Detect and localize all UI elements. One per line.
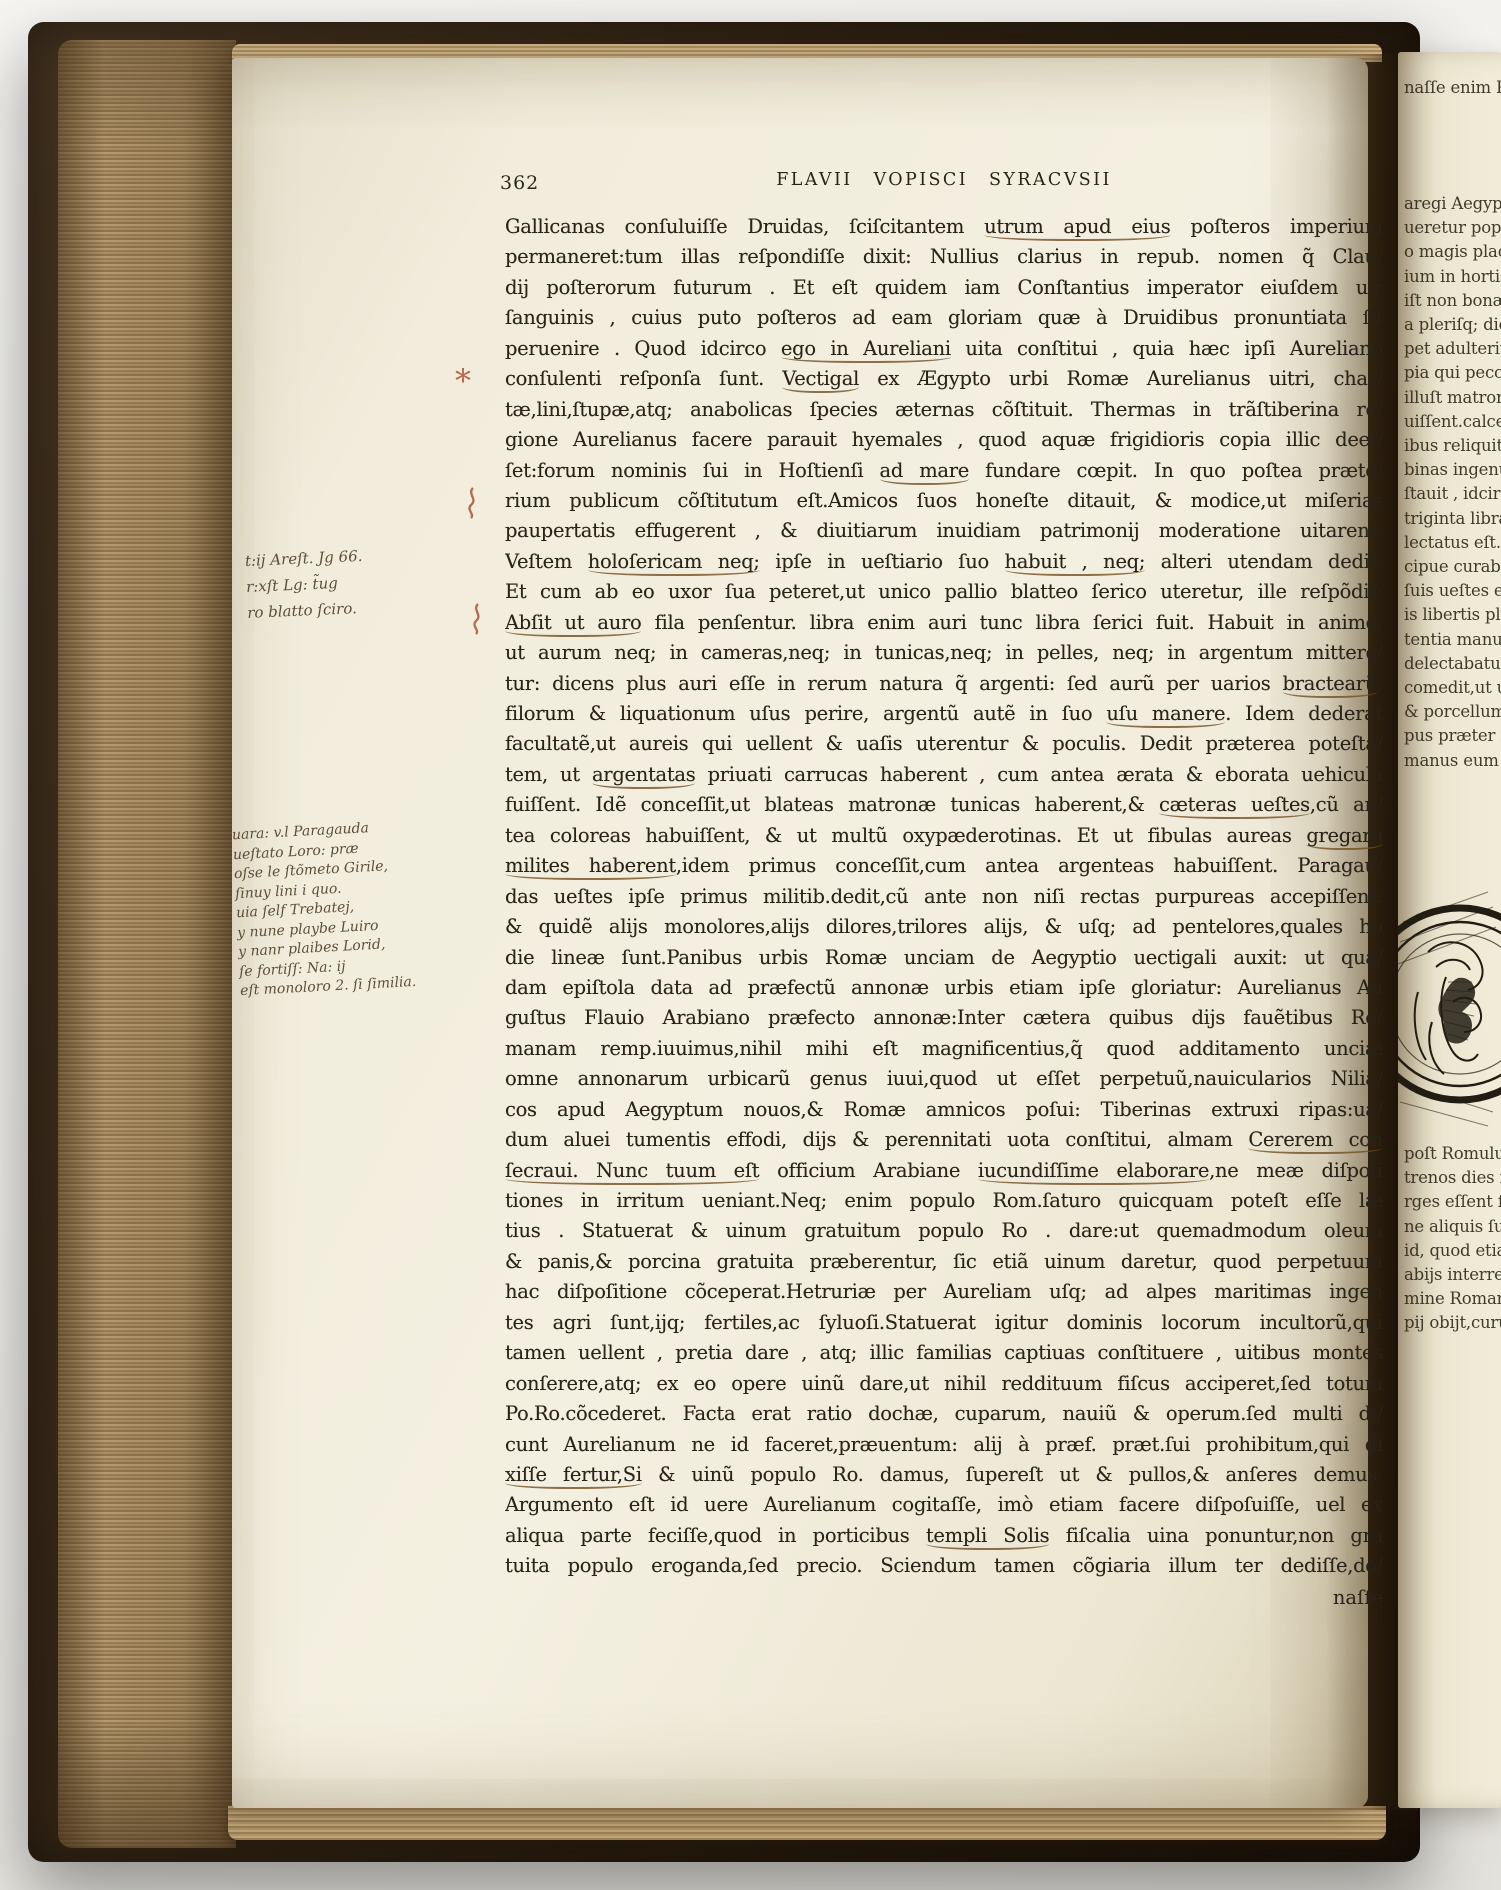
body-line: milites haberent,idem primus conceſſit,c… <box>505 851 1383 881</box>
right-page-line: ne aliquis ſub <box>1404 1215 1501 1239</box>
ink-underline: gregarij <box>1306 824 1383 850</box>
right-page-line: illuſt matronis uiq; <box>1404 386 1501 410</box>
body-line: conſulenti reſponſa ſunt. Vectigal ex Æg… <box>505 364 1383 394</box>
body-line: facultatẽ,ut aureis qui uellent & uaſis … <box>505 729 1383 759</box>
right-page-line: ſuis ueſtes eaſde in <box>1404 579 1501 603</box>
ink-underline: ego in Aureliani <box>781 337 951 363</box>
body-line: aliqua parte feciſſe,quod in porticibus … <box>505 1521 1383 1551</box>
body-line: filorum & liquationum uſus perire, argen… <box>505 699 1383 729</box>
right-page-line: cipue curabat.Vx <box>1404 555 1501 579</box>
right-page-line: id, quod etiam ſub <box>1404 1239 1501 1263</box>
body-line: Gallicanas conſuluiſſe Druidas, ſciſcita… <box>505 212 1383 242</box>
ink-underline: ſecraui. Nunc tuum eſt <box>505 1159 759 1185</box>
handwritten-marginal-note: uara: v.l Paragaudaueſtato Loro: præoſse… <box>232 814 479 1002</box>
body-line: ſecraui. Nunc tuum eſt officium Arabiane… <box>505 1156 1383 1186</box>
catchword: naſſe <box>505 1583 1383 1613</box>
ink-underline: holoſericam neq; <box>588 550 760 576</box>
right-page-opening-line: naſſe enim Po. R. <box>1404 76 1501 100</box>
body-line: peruenire . Quod idcirco ego in Aurelian… <box>505 334 1383 364</box>
running-title: FLAVII VOPISCI SYRACVSII <box>505 170 1383 190</box>
body-line: dum aluei tumentis effodi, dijs & perenn… <box>505 1125 1383 1155</box>
ink-underline: Abſit ut auro <box>505 611 641 637</box>
right-page-line: pij obijt,curules <box>1404 1311 1501 1335</box>
body-line: conſerere,atq; ex eo opere uinũ dare,ut … <box>505 1369 1383 1399</box>
body-line: & panis,& porcina gratuita præberentur, … <box>505 1247 1383 1277</box>
page-block-bottom-edge <box>228 1806 1386 1840</box>
body-line: guſtus Flauio Arabiano præfecto annonæ:I… <box>505 1003 1383 1033</box>
right-page-line: is libertis plurimũ <box>1404 603 1501 627</box>
right-page-line: triginta libras trãſij <box>1404 507 1501 531</box>
body-line: permaneret:tum illas reſpondiſſe dixit: … <box>505 242 1383 272</box>
right-page-line: iſt non bonæ uale <box>1404 289 1501 313</box>
body-line: hac diſpoſitione cõceperat.Hetruriæ per … <box>505 1277 1383 1307</box>
right-page-sliver: naſſe enim Po. R. aregi Aegyptijs puraue… <box>1398 52 1501 1808</box>
right-page-line: rges eſſent ſinguli <box>1404 1190 1501 1214</box>
body-line: Abſit ut auro fila penſentur. libra enim… <box>505 608 1383 638</box>
right-page-line: trenos dies ſiue te <box>1404 1166 1501 1190</box>
body-line: tur: dicens plus auri eſſe in rerum natu… <box>505 669 1383 699</box>
right-page-line: mine Romana reſp <box>1404 1287 1501 1311</box>
right-page-line: & porcellum comed <box>1404 700 1501 724</box>
body-line: die lineæ ſunt.Panibus urbis Romæ unciam… <box>505 943 1383 973</box>
body-line: tæ,lini,ſtupæ,atq; anabolicas ſpecies æt… <box>505 395 1383 425</box>
ink-underline: iucundiſſime elaborare <box>978 1159 1209 1185</box>
right-page-line: o magis placebat in <box>1404 240 1501 264</box>
right-page-line: ibus reliquit.Curſo <box>1404 434 1501 458</box>
right-page-line: binas ingenuas hab <box>1404 458 1501 482</box>
ink-underline: milites haberent <box>505 854 676 880</box>
body-line: Po.Ro.cõcederet. Facta erat ratio dochæ,… <box>505 1399 1383 1429</box>
body-line: manam remp.iuuimus,nihil mihi eſt magnif… <box>505 1034 1383 1064</box>
ink-underline: argentatas <box>592 763 695 789</box>
ink-underline: bractearũ <box>1283 672 1378 698</box>
red-asterisk-mark: * <box>455 362 471 400</box>
body-line: rium publicum cõſtitutum eſt.Amicos ſuos… <box>505 486 1383 516</box>
ink-underline: uſu manere <box>1106 702 1225 728</box>
right-page-line: poſt Romulum, <box>1404 1142 1501 1166</box>
right-page-text-column: aregi Aegyptijs puraueretur populus ado … <box>1404 192 1501 773</box>
body-line: tiones in irritum ueniant.Neq; enim popu… <box>505 1186 1383 1216</box>
ink-underline: utrum apud eius <box>984 215 1170 241</box>
body-line: tea coloreas habuiſſent, & ut multũ oxyp… <box>505 821 1383 851</box>
right-page-line: a pleriſq; dicunt,ca <box>1404 313 1501 337</box>
book-photo: 362 FLAVII VOPISCI SYRACVSII Gallicanas … <box>0 0 1501 1890</box>
right-page-line: pus præter ſeditione <box>1404 724 1501 748</box>
body-line: cunt Aurelianum ne id faceret,præuentum:… <box>505 1430 1383 1460</box>
woodcut-illustration <box>1398 882 1501 1134</box>
right-page-line: abijs interregnum <box>1404 1263 1501 1287</box>
body-line: omne annonarum urbicarũ genus iuui,quod … <box>505 1064 1383 1094</box>
ink-underline: habuit , neq; <box>1005 550 1146 576</box>
right-page-line: uiſſent.calceos mu <box>1404 410 1501 434</box>
ink-underline: Vectigal <box>782 367 859 393</box>
right-page-line: pia qui peccaueran <box>1404 361 1501 385</box>
body-line: tuita populo eroganda,ſed precio. Sciend… <box>505 1551 1383 1581</box>
right-page-line: tentia manumiſit ſ <box>1404 628 1501 652</box>
right-page-line: aregi Aegyptijs pura <box>1404 192 1501 216</box>
right-page-line: ſtauit , idcirco quod <box>1404 482 1501 506</box>
body-line: Argumento eſt id uere Aurelianum cogitaſ… <box>505 1490 1383 1520</box>
body-line: xiſſe fertur,Si & uinũ populo Ro. damus,… <box>505 1460 1383 1490</box>
body-line: das ueſtes ipſe primus militib.dedit,cũ … <box>505 882 1383 912</box>
right-page-line: ium in hortis Sall <box>1404 265 1501 289</box>
body-line: tes agri ſunt,ijq; fertiles,ac ſyluoſi.S… <box>505 1308 1383 1338</box>
body-line: gione Aurelianus facere parauit hyemales… <box>505 425 1383 455</box>
body-line: ſanguinis , cuius puto poſteros ad eam g… <box>505 303 1383 333</box>
body-line: tem, ut argentatas priuati carrucas habe… <box>505 760 1383 790</box>
body-line: tius . Statuerat & uinum gratuitum popul… <box>505 1216 1383 1246</box>
body-line: Et cum ab eo uxor ſua peteret,ut unico p… <box>505 577 1383 607</box>
ink-underline: ad mare <box>880 459 969 485</box>
right-page-line: ueretur populus ad <box>1404 216 1501 240</box>
right-page-line: lectatus eſt.Medic <box>1404 531 1501 555</box>
body-line: fuiſſent. Idẽ conceſſit,ut blateas matro… <box>505 790 1383 820</box>
body-line: dam epiſtola data ad præfectũ annonæ urb… <box>505 973 1383 1003</box>
body-line: Veſtem holoſericam neq; ipſe in ueſtiari… <box>505 547 1383 577</box>
right-page-line: pet adulterium cum <box>1404 337 1501 361</box>
right-page-line: delectabatur:uehe <box>1404 652 1501 676</box>
ink-underline: templi Solis <box>926 1524 1049 1550</box>
right-page-line: manus eum amauit. <box>1404 749 1501 773</box>
body-line: ſet:forum nominis ſui in Hoſtienſi ad ma… <box>505 456 1383 486</box>
ink-underline: cæteras ueſtes <box>1159 793 1310 819</box>
body-line: ut aurum neq; in cameras,neq; in tunicas… <box>505 638 1383 668</box>
right-page-lower-text: poſt Romulum,trenos dies ſiue terges eſſ… <box>1404 1142 1501 1336</box>
body-text-block: Gallicanas conſuluiſſe Druidas, ſciſcita… <box>505 212 1383 1582</box>
ink-underline: Cererem con <box>1248 1128 1383 1154</box>
right-page-line: comedit,ut uno die <box>1404 676 1501 700</box>
body-line: dij poſterorum futurum . Et eſt quidem i… <box>505 273 1383 303</box>
handwritten-marginal-note: t:ij Areſt. Jg 66.r:xſt Lg: t̃ugro blatt… <box>244 538 475 626</box>
ink-underline: xiſſe fertur,Si <box>505 1463 642 1489</box>
body-line: & quidẽ alijs monolores,alijs dilores,tr… <box>505 912 1383 942</box>
body-line: tamen uellent , pretia dare , atq; illic… <box>505 1338 1383 1368</box>
body-line: cos apud Aegyptum nouos,& Romæ amnicos p… <box>505 1095 1383 1125</box>
body-line: paupertatis effugerent , & diuitiarum in… <box>505 516 1383 546</box>
red-squiggle-mark <box>464 486 480 520</box>
page-block-fore-edge <box>58 40 236 1848</box>
